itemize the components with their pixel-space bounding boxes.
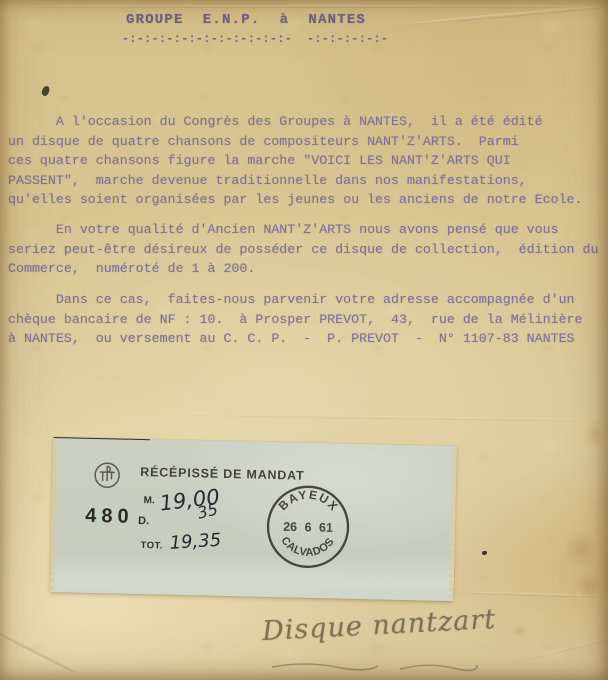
brown-stain (575, 572, 603, 600)
svg-text:BAYEUX: BAYEUX (275, 487, 341, 515)
crease (0, 5, 608, 8)
receipt-field-d-label: D. (138, 515, 149, 527)
letter-paragraph-3: Dans ce cas, faites-nous parvenir votre … (8, 290, 583, 349)
postmark-town: BAYEUX (275, 487, 341, 515)
letter-paragraph-2: En votre qualité d'Ancien NANT'Z'ARTS no… (8, 220, 598, 279)
receipt-field-d-value: 35 (195, 499, 219, 522)
receipt-field-m-label: M. (143, 495, 154, 506)
receipt-field-total-label: TOT. (140, 540, 163, 552)
brown-stain (564, 530, 598, 568)
ptt-logo-icon (92, 460, 123, 491)
crease (513, 631, 608, 664)
pencil-underline (268, 658, 480, 676)
crease (150, 413, 608, 423)
title-underline: -:-:-:-:-:-:-:-:-:-:-:- -:-:-:-:-:- (122, 33, 388, 47)
receipt-form-name: RÉCÉPISSÉ DE MANDAT (140, 465, 305, 483)
brown-stain (583, 418, 607, 450)
speck-stain (482, 551, 487, 555)
postmark-department: CALVADOS (278, 534, 337, 559)
perforated-edge-right (447, 446, 457, 601)
pencil-annotation: Disque nantzart (261, 604, 496, 647)
crease (408, 4, 608, 26)
receipt-serial-number: 480 (85, 505, 134, 529)
crease (452, 591, 608, 598)
foxing-stain (510, 624, 528, 637)
receipt-field-total-value: 19,35 (169, 530, 222, 554)
postmark-date: 26 6 61 (283, 520, 333, 535)
svg-text:CALVADOS: CALVADOS (278, 534, 337, 559)
receipt-total-line (53, 437, 150, 440)
scanned-letter-document: GROUPE E.N.P. à NANTES -:-:-:-:-:-:-:-:-… (0, 0, 608, 680)
perforated-edge-left (49, 437, 59, 592)
ink-blot-stain (41, 85, 50, 96)
letter-title: GROUPE E.N.P. à NANTES (126, 11, 366, 29)
money-order-receipt: RÉCÉPISSÉ DE MANDAT 480 M. 19,00 D. 35 T… (49, 437, 456, 601)
letter-paragraph-1: A l'occasion du Congrès des Groupes à NA… (8, 112, 583, 210)
crease (0, 629, 76, 673)
postmark-stamp: BAYEUX 26 6 61 CALVADOS (263, 482, 353, 572)
